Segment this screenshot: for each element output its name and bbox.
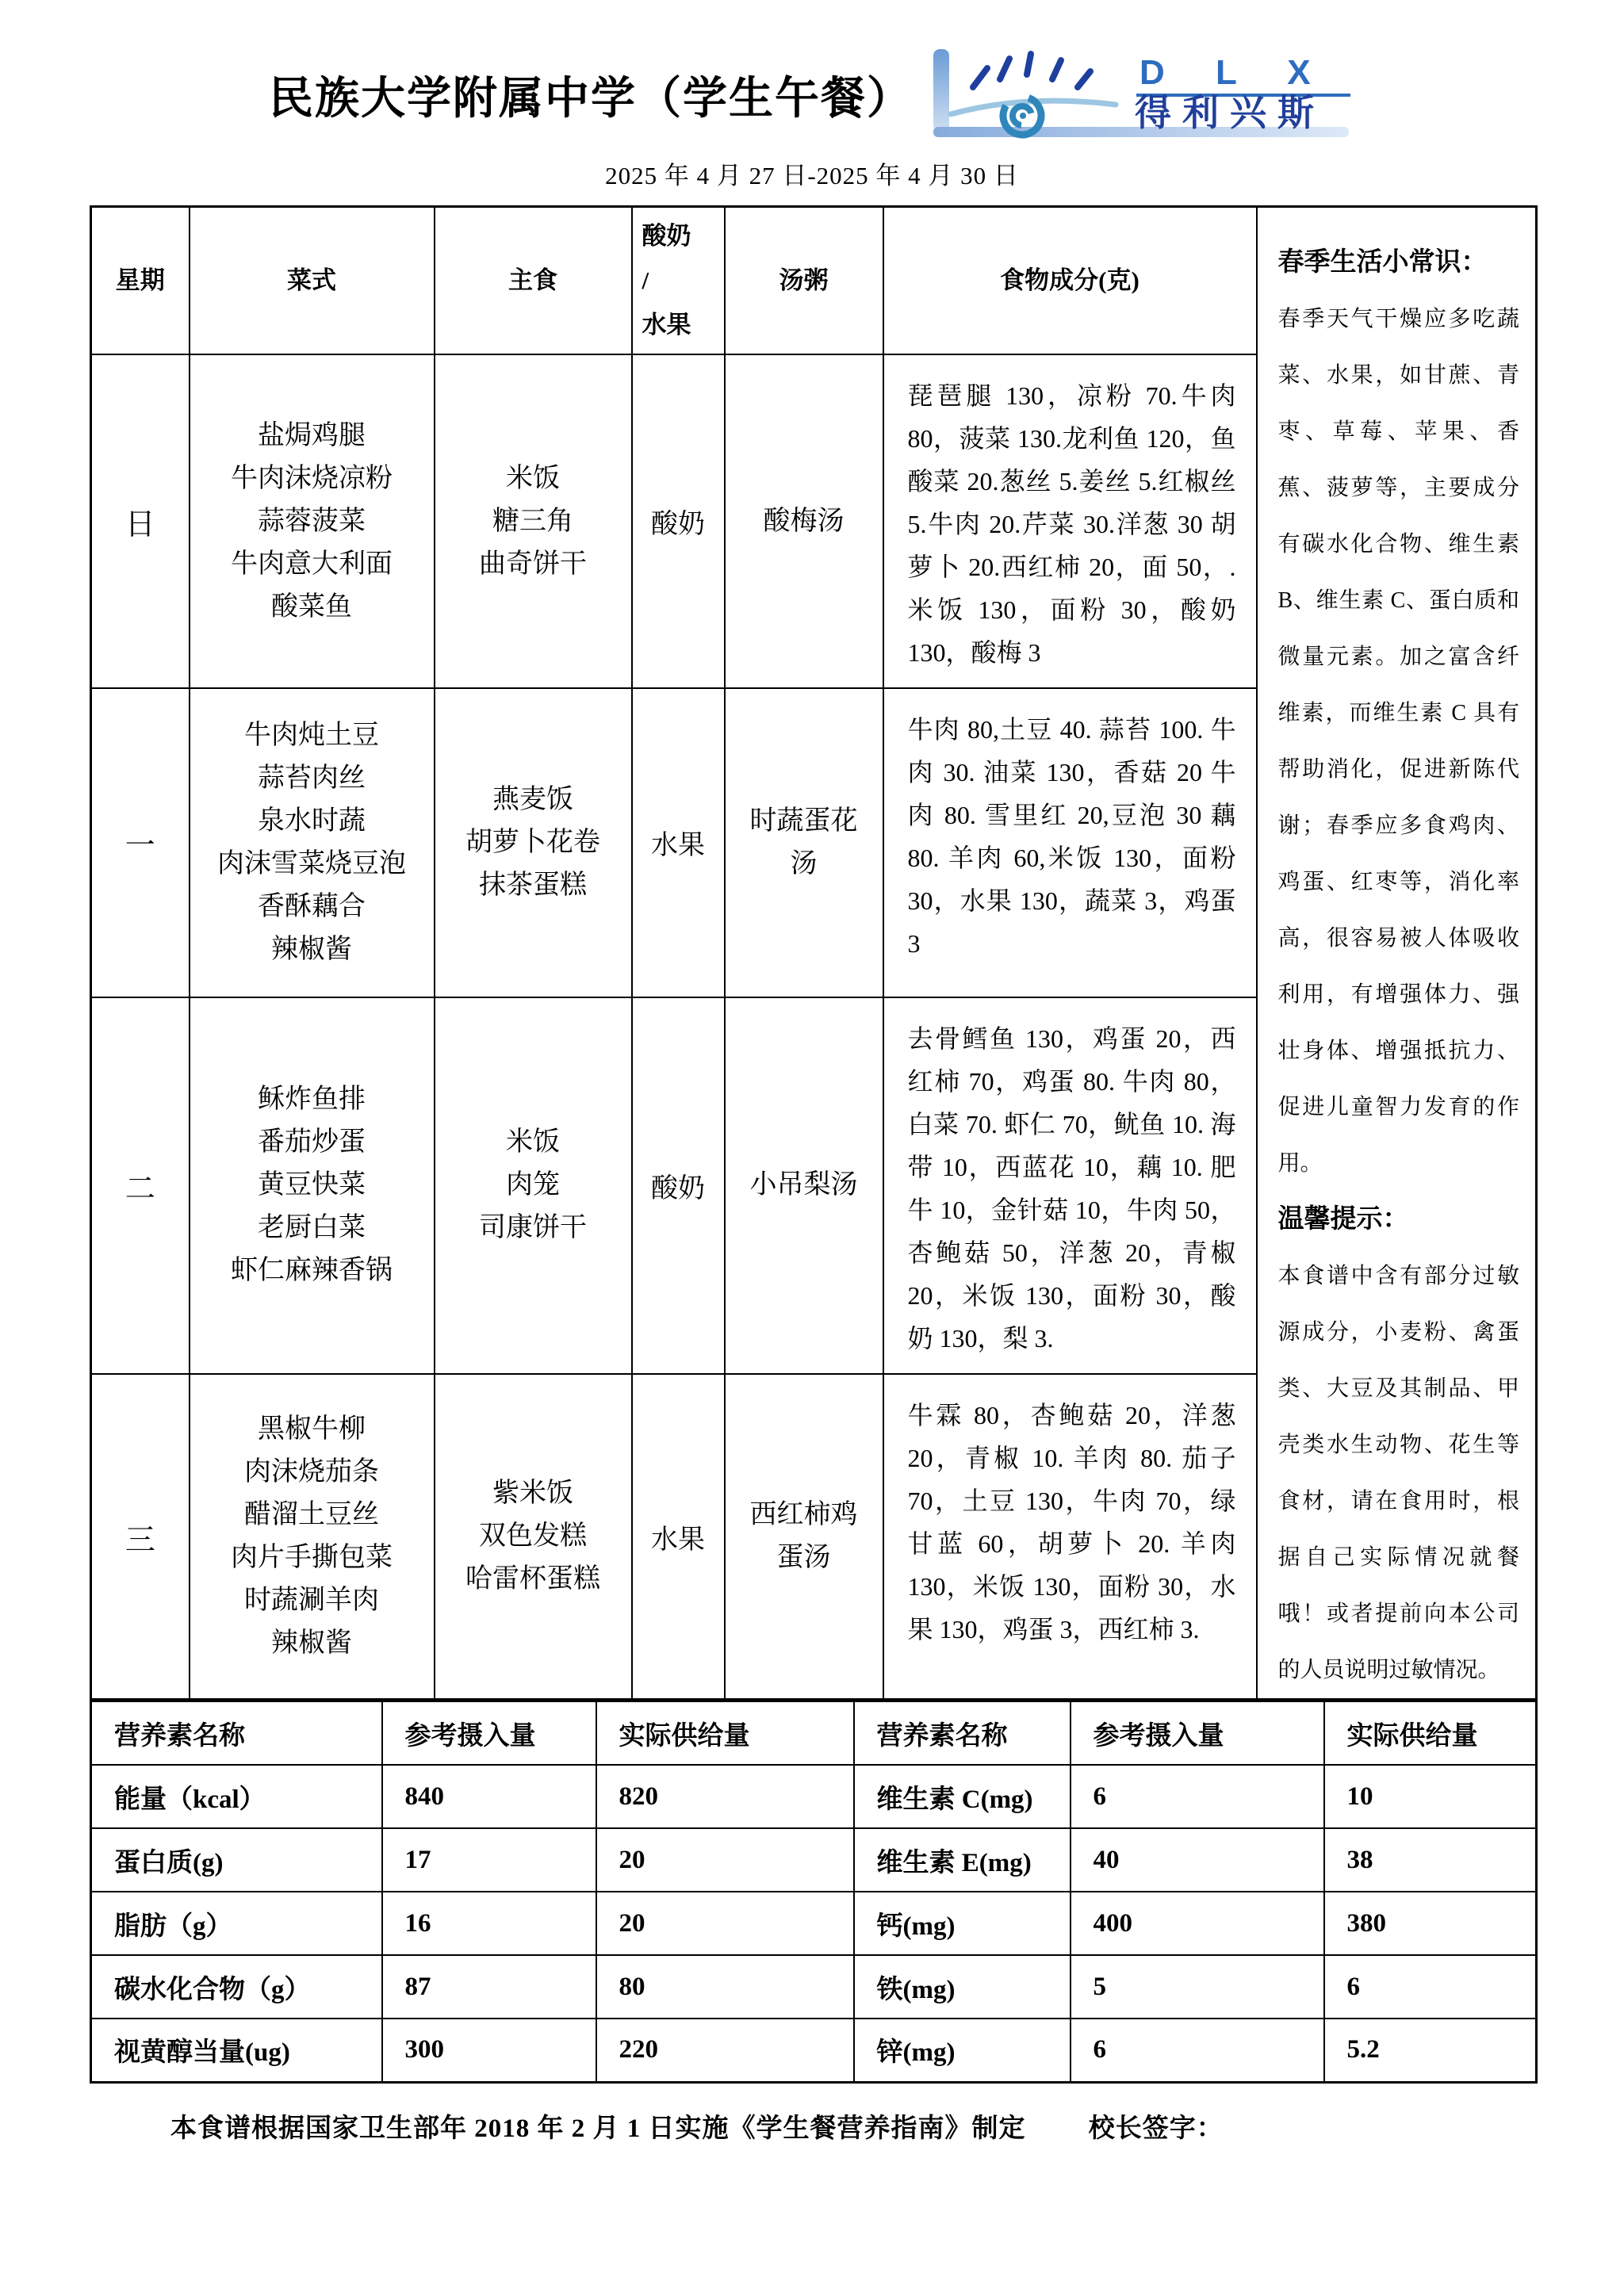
nutrient-name: 钙(mg) bbox=[854, 1892, 1071, 1955]
actual-value: 38 bbox=[1324, 1828, 1537, 1892]
staples-list: 米饭 肉笼 司康饼干 bbox=[435, 997, 632, 1375]
tips-title: 春季生活小常识： bbox=[1278, 235, 1520, 291]
menu-header-row: 星期 菜式 主食 酸奶 / 水果 汤粥 食物成分(克) 春季生活小常识： 春季天… bbox=[91, 207, 1537, 355]
actual-value: 20 bbox=[596, 1828, 854, 1892]
dishes-list: 盐焗鸡腿 牛肉沫烧凉粉 蒜蓉菠菜 牛肉意大利面 酸菜鱼 bbox=[190, 354, 435, 688]
composition-text: 牛霖 80，杏鲍菇 20，洋葱 20，青椒 10. 羊肉 80. 茄子 70，土… bbox=[883, 1374, 1257, 1699]
dairy-value: 酸奶 bbox=[632, 997, 725, 1375]
reference-value: 840 bbox=[382, 1765, 596, 1828]
nutrient-name: 蛋白质(g) bbox=[91, 1828, 382, 1892]
col-header-dairy: 酸奶 / 水果 bbox=[632, 207, 725, 355]
nutrient-name: 锌(mg) bbox=[854, 2019, 1071, 2082]
reference-value: 16 bbox=[382, 1892, 596, 1955]
soup-value: 小吊梨汤 bbox=[725, 997, 883, 1375]
page-title: 民族大学附属中学（学生午餐） bbox=[269, 63, 913, 127]
day-label: 三 bbox=[91, 1374, 190, 1699]
col-header-staples: 主食 bbox=[435, 207, 632, 355]
reference-value: 400 bbox=[1071, 1892, 1324, 1955]
nutrition-row: 能量（kcal） 840 820 维生素 C(mg) 6 10 bbox=[91, 1765, 1537, 1828]
reference-value: 40 bbox=[1071, 1828, 1324, 1892]
col-header-day: 星期 bbox=[91, 207, 190, 355]
col-header-dishes: 菜式 bbox=[190, 207, 435, 355]
day-label: 日 bbox=[91, 354, 190, 688]
nutrition-row: 蛋白质(g) 17 20 维生素 E(mg) 40 38 bbox=[91, 1828, 1537, 1892]
day-label: 一 bbox=[91, 688, 190, 997]
footer-note: 本食谱根据国家卫生部年 2018 年 2 月 1 日实施《学生餐营养指南》制定 … bbox=[170, 2107, 1624, 2145]
company-logo: D L X S 得利兴斯 bbox=[927, 46, 1355, 144]
dairy-value: 酸奶 bbox=[632, 354, 725, 688]
notice-body: 本食谱中含有部分过敏源成分，小麦粉、禽蛋类、大豆及其制品、甲壳类水生动物、花生等… bbox=[1278, 1248, 1520, 1698]
nutrient-name: 铁(mg) bbox=[854, 1955, 1071, 2019]
reference-value: 300 bbox=[382, 2019, 596, 2082]
actual-value: 6 bbox=[1324, 1955, 1537, 2019]
dairy-value: 水果 bbox=[632, 688, 725, 997]
reference-value: 17 bbox=[382, 1828, 596, 1892]
soup-value: 西红柿鸡蛋汤 bbox=[725, 1374, 883, 1699]
staples-list: 紫米饭 双色发糕 哈雷杯蛋糕 bbox=[435, 1374, 632, 1699]
reference-value: 6 bbox=[1071, 2019, 1324, 2082]
reference-intake-header: 参考摄入量 bbox=[382, 1701, 596, 1765]
soup-value: 时蔬蛋花汤 bbox=[725, 688, 883, 997]
composition-text: 去骨鳕鱼 130，鸡蛋 20，西红柿 70，鸡蛋 80. 牛肉 80，白菜 70… bbox=[883, 997, 1257, 1375]
composition-text: 牛肉 80,土豆 40. 蒜苔 100. 牛肉 30. 油菜 130，香菇 20… bbox=[883, 688, 1257, 997]
nutrition-header-row: 营养素名称 参考摄入量 实际供给量 营养素名称 参考摄入量 实际供给量 bbox=[91, 1701, 1537, 1765]
reference-value: 87 bbox=[382, 1955, 596, 2019]
actual-value: 20 bbox=[596, 1892, 854, 1955]
composition-text: 琵琶腿 130，凉粉 70.牛肉 80，菠菜 130.龙利鱼 120，鱼酸菜 2… bbox=[883, 354, 1257, 688]
dishes-list: 稣炸鱼排 番茄炒蛋 黄豆快菜 老厨白菜 虾仁麻辣香锅 bbox=[190, 997, 435, 1375]
actual-value: 10 bbox=[1324, 1765, 1537, 1828]
nutrition-row: 脂肪（g） 16 20 钙(mg) 400 380 bbox=[91, 1892, 1537, 1955]
nutrient-name-header: 营养素名称 bbox=[91, 1701, 382, 1765]
document-header: 民族大学附属中学（学生午餐） bbox=[0, 0, 1624, 144]
dishes-list: 牛肉炖土豆 蒜苔肉丝 泉水时蔬 肉沫雪菜烧豆泡 香酥藕合 辣椒酱 bbox=[190, 688, 435, 997]
col-header-soup: 汤粥 bbox=[725, 207, 883, 355]
nutrition-table: 营养素名称 参考摄入量 实际供给量 营养素名称 参考摄入量 实际供给量 能量（k… bbox=[90, 1701, 1538, 2084]
dishes-list: 黑椒牛柳 肉沫烧茄条 醋溜土豆丝 肉片手撕包菜 时蔬涮羊肉 辣椒酱 bbox=[190, 1374, 435, 1699]
soup-value: 酸梅汤 bbox=[725, 354, 883, 688]
footer-text: 本食谱根据国家卫生部年 2018 年 2 月 1 日实施《学生餐营养指南》制定 bbox=[170, 2114, 1026, 2143]
nutrient-name: 视黄醇当量(ug) bbox=[91, 2019, 382, 2082]
lunch-menu-document: { "header": { "title": "民族大学附属中学（学生午餐）",… bbox=[0, 0, 1624, 2296]
actual-value: 380 bbox=[1324, 1892, 1537, 1955]
document-page: 民族大学附属中学（学生午餐） bbox=[0, 0, 1624, 2145]
staples-list: 燕麦饭 胡萝卜花卷 抹茶蛋糕 bbox=[435, 688, 632, 997]
actual-supply-header: 实际供给量 bbox=[1324, 1701, 1537, 1765]
logo-name: 得利兴斯 bbox=[1135, 92, 1325, 133]
staples-list: 米饭 糖三角 曲奇饼干 bbox=[435, 354, 632, 688]
actual-value: 80 bbox=[596, 1955, 854, 2019]
menu-table: 星期 菜式 主食 酸奶 / 水果 汤粥 食物成分(克) 春季生活小常识： 春季天… bbox=[90, 205, 1538, 1701]
actual-value: 5.2 bbox=[1324, 2019, 1537, 2082]
reference-value: 5 bbox=[1071, 1955, 1324, 2019]
col-header-composition: 食物成分(克) bbox=[883, 207, 1257, 355]
eyelash-strokes bbox=[973, 54, 1090, 87]
day-label: 二 bbox=[91, 997, 190, 1375]
nutrient-name: 脂肪（g） bbox=[91, 1892, 382, 1955]
actual-supply-header: 实际供给量 bbox=[596, 1701, 854, 1765]
logo-letters: D L X S bbox=[1139, 53, 1355, 92]
actual-value: 220 bbox=[596, 2019, 854, 2082]
nutrient-name: 维生素 C(mg) bbox=[854, 1765, 1071, 1828]
nutrient-name: 维生素 E(mg) bbox=[854, 1828, 1071, 1892]
reference-intake-header: 参考摄入量 bbox=[1071, 1701, 1324, 1765]
nutrient-name-header: 营养素名称 bbox=[854, 1701, 1071, 1765]
nutrition-row: 碳水化合物（g） 87 80 铁(mg) 5 6 bbox=[91, 1955, 1537, 2019]
nutrition-row: 视黄醇当量(ug) 300 220 锌(mg) 6 5.2 bbox=[91, 2019, 1537, 2082]
notice-title: 温馨提示： bbox=[1278, 1192, 1520, 1248]
tips-body: 春季天气干燥应多吃蔬菜、水果，如甘蔗、青枣、草莓、苹果、香蕉、菠萝等，主要成分有… bbox=[1278, 291, 1520, 1192]
dairy-value: 水果 bbox=[632, 1374, 725, 1699]
nutrient-name: 碳水化合物（g） bbox=[91, 1955, 382, 2019]
sidebar-cell: 春季生活小常识： 春季天气干燥应多吃蔬菜、水果，如甘蔗、青枣、草莓、苹果、香蕉、… bbox=[1257, 207, 1537, 1700]
nutrient-name: 能量（kcal） bbox=[91, 1765, 382, 1828]
reference-value: 6 bbox=[1071, 1765, 1324, 1828]
principal-signature-label: 校长签字： bbox=[1089, 2114, 1224, 2143]
actual-value: 820 bbox=[596, 1765, 854, 1828]
date-range: 2025 年 4 月 27 日-2025 年 4 月 30 日 bbox=[0, 155, 1624, 191]
